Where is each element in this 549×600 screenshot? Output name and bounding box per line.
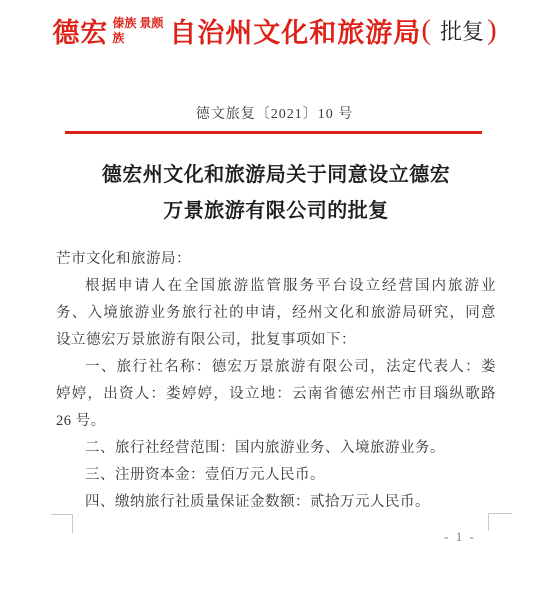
masthead-ethnic-stack: 傣族 景颇族 <box>112 16 164 46</box>
doc-title-line2: 万景旅游有限公司的批复 <box>56 193 496 229</box>
body-line: 26 号。 <box>56 408 496 435</box>
body-line: 四、缴纳旅行社质量保证金数额：贰拾万元人民币。 <box>56 489 496 516</box>
doc-title: 德宏州文化和旅游局关于同意设立德宏 万景旅游有限公司的批复 <box>56 157 496 229</box>
doc-title-line1: 德宏州文化和旅游局关于同意设立德宏 <box>56 157 496 193</box>
body-line: 二、旅行社经营范围：国内旅游业务、入境旅游业务。 <box>56 435 496 462</box>
body-line: 务、入境旅游业务旅行社的申请，经州文化和旅游局研究，同意 <box>56 300 496 327</box>
masthead-doc-type: 批复 <box>440 15 484 46</box>
doc-number: 德文旅复〔2021〕10 号 <box>0 103 549 123</box>
page-number: - 1 - <box>430 529 490 545</box>
masthead-paren-open: ( <box>421 16 431 45</box>
body-line: 根据申请人在全国旅游监管服务平台设立经营国内旅游业 <box>56 273 496 300</box>
masthead-paren-close: ) <box>487 16 497 45</box>
masthead: 德宏 傣族 景颇族 自治州文化和旅游局 ( 批复 ) <box>0 11 549 50</box>
body-line: 设立德宏万景旅游有限公司，批复事项如下： <box>56 327 496 354</box>
corner-mark-right <box>488 513 512 531</box>
body-line: 三、注册资本金：壹佰万元人民币。 <box>56 462 496 489</box>
body-line: 一、旅行社名称：德宏万景旅游有限公司，法定代表人：娄 <box>56 354 496 381</box>
body-line: 婷婷，出资人：娄婷婷，设立地：云南省德宏州芒市目瑙纵歌路 <box>56 381 496 408</box>
red-divider <box>65 131 482 134</box>
masthead-prefecture-name: 德宏 <box>52 11 108 50</box>
doc-body: 芒市文化和旅游局： 根据申请人在全国旅游监管服务平台设立经营国内旅游业 务、入境… <box>56 246 496 516</box>
body-salutation: 芒市文化和旅游局： <box>56 246 496 273</box>
masthead-bureau-name: 自治州文化和旅游局 <box>169 11 421 50</box>
masthead-ethnic-top: 傣族 <box>112 16 136 30</box>
corner-mark-left <box>51 514 73 533</box>
document-page: 德宏 傣族 景颇族 自治州文化和旅游局 ( 批复 ) 德文旅复〔2021〕10 … <box>0 0 549 600</box>
